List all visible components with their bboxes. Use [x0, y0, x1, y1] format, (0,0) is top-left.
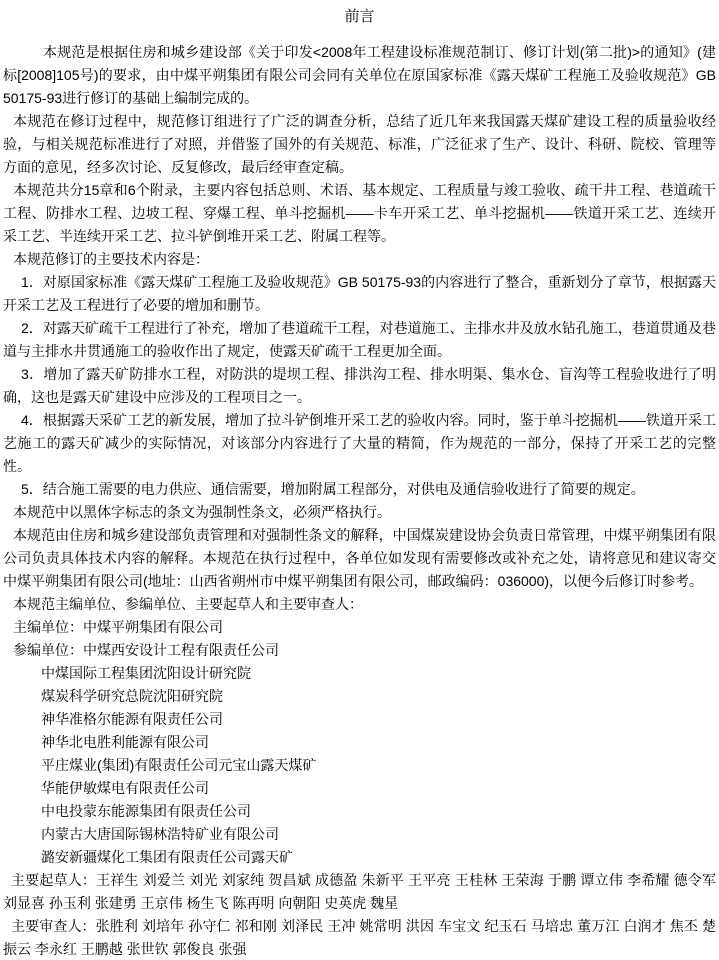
co-editor-line: 参编单位：中煤西安设计工程有限责任公司	[3, 639, 716, 662]
co-editor-org-2: 煤炭科学研究总院沈阳研究院	[41, 685, 716, 708]
paragraph-revision-lead: 本规范修订的主要技术内容是：	[3, 248, 716, 271]
reviewers-line: 主要审查人：张胜利 刘培年 孙守仁 祁和刚 刘泽民 王冲 姚常明 洪因 车宝文 …	[3, 915, 716, 960]
revision-item-1: 1．对原国家标准《露天煤矿工程施工及验收规范》GB 50175-93的内容进行了…	[3, 271, 716, 317]
paragraph-management: 本规范由住房和城乡建设部负责管理和对强制性条文的解释，中国煤炭建设协会负责日常管…	[3, 524, 716, 593]
revision-item-5: 5．结合施工需要的电力供应、通信需要，增加附属工程部分，对供电及通信验收进行了简…	[3, 478, 716, 501]
paragraph-credits-lead: 本规范主编单位、参编单位、主要起草人和主要审查人：	[3, 593, 716, 616]
co-editor-org-4: 神华北电胜利能源有限公司	[41, 731, 716, 754]
paragraph-mandatory-clauses: 本规范中以黑体字标志的条文为强制性条文，必须严格执行。	[3, 501, 716, 524]
revision-item-2: 2．对露天矿疏干工程进行了补充，增加了巷道疏干工程，对巷道施工、主排水井及放水钻…	[3, 317, 716, 363]
co-editor-org-8: 内蒙古大唐国际锡林浩特矿业有限公司	[41, 823, 716, 846]
paragraph-revision-process: 本规范在修订过程中，规范修订组进行了广泛的调查分析，总结了近几年来我国露天煤矿建…	[3, 110, 716, 179]
paragraph-basis: 本规范是根据住房和城乡建设部《关于印发<2008年工程建设标准规范制订、修订计划…	[3, 41, 716, 110]
co-editor-org-5: 平庄煤业(集团)有限责任公司元宝山露天煤矿	[41, 754, 716, 777]
page-title: 前言	[3, 7, 716, 27]
paragraph-contents-overview: 本规范共分15章和6个附录，主要内容包括总则、术语、基本规定、工程质量与竣工验收…	[3, 179, 716, 248]
chief-editor-line: 主编单位：中煤平朔集团有限公司	[3, 616, 716, 639]
co-editor-org-3: 神华准格尔能源有限责任公司	[41, 708, 716, 731]
co-editor-org-9: 潞安新疆煤化工集团有限责任公司露天矿	[41, 846, 716, 869]
drafters-line: 主要起草人：王祥生 刘爱兰 刘光 刘家纯 贺昌斌 成德盈 朱新平 王平亮 王桂林…	[3, 869, 716, 915]
revision-item-4: 4．根据露天采矿工艺的新发展，增加了拉斗铲倒堆开采工艺的验收内容。同时，鉴于单斗…	[3, 409, 716, 478]
co-editor-org-1: 中煤国际工程集团沈阳设计研究院	[41, 662, 716, 685]
preface-document: 前言 本规范是根据住房和城乡建设部《关于印发<2008年工程建设标准规范制订、修…	[0, 0, 719, 960]
co-editor-org-6: 华能伊敏煤电有限责任公司	[41, 777, 716, 800]
revision-item-3: 3．增加了露天矿防排水工程，对防洪的堤坝工程、排洪沟工程、排水明渠、集水仓、盲沟…	[3, 363, 716, 409]
co-editor-org-7: 中电投蒙东能源集团有限责任公司	[41, 800, 716, 823]
